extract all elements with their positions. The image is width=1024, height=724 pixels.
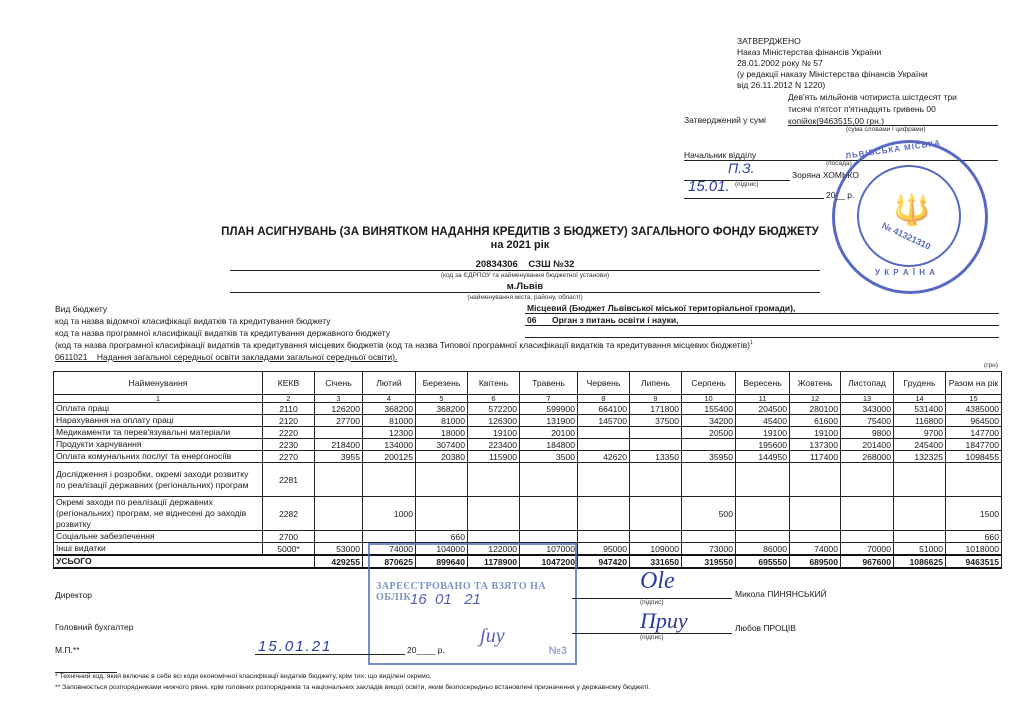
total-value: 9463515 [946, 555, 1002, 568]
table-row: Соціальне забезпечення2700660660 [54, 531, 1002, 543]
row-value: 184800 [520, 439, 578, 451]
total-label: УСЬОГО [54, 555, 315, 568]
institution-caption: (код за ЄДРПОУ та найменування бюджетної… [230, 272, 820, 279]
row-value: 27700 [315, 415, 363, 427]
column-header: Разом на рік [946, 372, 1002, 395]
row-value: 145700 [578, 415, 630, 427]
row-value [841, 497, 894, 531]
approver-position: Начальник відділу [684, 150, 756, 160]
footnote-1: * Технічний код, який включає в себе всі… [55, 673, 432, 680]
row-value [578, 427, 630, 439]
row-name: Продукти харчування [54, 439, 263, 451]
row-kekv-code: 2110 [263, 403, 315, 415]
row-value [894, 497, 946, 531]
approver-signature-caption: (підпис) [735, 181, 759, 188]
row-value: 531400 [894, 403, 946, 415]
row-value: 70000 [841, 543, 894, 556]
city-name: м.Львів [230, 281, 820, 292]
row-value: 500 [682, 497, 736, 531]
row-name: Нарахування на оплату праці [54, 415, 263, 427]
column-number: 1 [54, 395, 263, 403]
column-header: Травень [520, 372, 578, 395]
column-number: 14 [894, 395, 946, 403]
total-value: 967600 [841, 555, 894, 568]
row-value: 9700 [894, 427, 946, 439]
row-value [630, 427, 682, 439]
approval-line: (у редакції наказу Міністерства фінансів… [737, 69, 928, 80]
row-value [682, 463, 736, 497]
column-header: Березень [416, 372, 468, 395]
director-name: Микола ПИНЯНСЬКИЙ [735, 589, 827, 599]
row-value: 171800 [630, 403, 682, 415]
row-value: 218400 [315, 439, 363, 451]
row-value [468, 497, 520, 531]
row-value: 147700 [946, 427, 1002, 439]
row-value [416, 463, 468, 497]
official-round-stamp: ЛЬВІВСЬКА МІСЬКА У К Р А Ї Н А 🔱 № 41321… [832, 140, 988, 294]
row-value: 74000 [790, 543, 841, 556]
allocations-table: НайменуванняКЕКВСіченьЛютийБерезеньКвіте… [53, 371, 1002, 569]
director-signature-caption: (підпис) [640, 599, 664, 606]
column-number: 9 [630, 395, 682, 403]
row-value: 37500 [630, 415, 682, 427]
row-value: 3500 [520, 451, 578, 463]
column-header: Вересень [736, 372, 790, 395]
row-name: Соціальне забезпечення [54, 531, 263, 543]
row-value: 660 [416, 531, 468, 543]
total-value: 947420 [578, 555, 630, 568]
state-program-label: код та назва програмної класифікації вид… [55, 328, 390, 338]
row-value: 81000 [363, 415, 416, 427]
column-header: Найменування [54, 372, 263, 395]
row-value: 137300 [790, 439, 841, 451]
row-value [520, 463, 578, 497]
budget-type-value: Місцевий (Бюджет Львівської міської тери… [527, 303, 795, 313]
row-value: 3955 [315, 451, 363, 463]
department-code: 06 [527, 315, 536, 325]
row-value: 245400 [894, 439, 946, 451]
column-number: 5 [416, 395, 468, 403]
column-number: 15 [946, 395, 1002, 403]
row-value [682, 439, 736, 451]
row-name: Дослідження і розробки, окремі заходи ро… [54, 463, 263, 497]
total-value: 319550 [682, 555, 736, 568]
local-program-label: (код та назва програмної класифікації ви… [55, 340, 753, 350]
row-value: 126300 [468, 415, 520, 427]
row-value: 115900 [468, 451, 520, 463]
column-header: КЕКВ [263, 372, 315, 395]
row-kekv-code: 2230 [263, 439, 315, 451]
total-value: 429255 [315, 555, 363, 568]
row-value: 109000 [630, 543, 682, 556]
row-value [630, 439, 682, 451]
column-header: Липень [630, 372, 682, 395]
column-header: Січень [315, 372, 363, 395]
signing-year: 20____ р. [407, 645, 445, 655]
column-header: Листопад [841, 372, 894, 395]
row-value: 343000 [841, 403, 894, 415]
row-value [578, 531, 630, 543]
row-kekv-code: 2281 [263, 463, 315, 497]
row-value: 13350 [630, 451, 682, 463]
row-value [578, 439, 630, 451]
registrar-signature: ʃuy [480, 625, 505, 648]
department-classification-label: код та назва відомчої класифікації видат… [55, 316, 330, 326]
column-number: 8 [578, 395, 630, 403]
table-row: Окремі заходи по реалізації державних (р… [54, 497, 1002, 531]
row-value: 19100 [468, 427, 520, 439]
row-name: Окремі заходи по реалізації державних (р… [54, 497, 263, 531]
column-header: Лютий [363, 372, 416, 395]
column-number: 6 [468, 395, 520, 403]
registration-date: 16 01 21 [410, 591, 481, 608]
row-value: 19100 [736, 427, 790, 439]
row-value: 195600 [736, 439, 790, 451]
row-value: 1847700 [946, 439, 1002, 451]
column-header: Червень [578, 372, 630, 395]
column-header: Жовтень [790, 372, 841, 395]
row-value [416, 497, 468, 531]
row-value: 34200 [682, 415, 736, 427]
row-value: 51000 [894, 543, 946, 556]
chief-accountant-label: Головний бухгалтер [55, 622, 133, 632]
institution-name: 20834306 СЗШ №32 [230, 259, 820, 270]
row-value [841, 531, 894, 543]
row-value: 1000 [363, 497, 416, 531]
row-value: 117400 [790, 451, 841, 463]
row-kekv-code: 2220 [263, 427, 315, 439]
row-value: 42620 [578, 451, 630, 463]
approval-line: від 26.11.2012 N 1220) [737, 80, 928, 91]
approval-date-handwritten: 15.01. [688, 178, 730, 195]
column-number: 4 [363, 395, 416, 403]
amount-caption: (сума словами і цифрами) [846, 126, 926, 133]
row-value [363, 531, 416, 543]
row-value: 12300 [363, 427, 416, 439]
row-value [894, 531, 946, 543]
row-value: 664100 [578, 403, 630, 415]
total-value: 1086625 [894, 555, 946, 568]
director-signature: Ole [640, 568, 675, 595]
row-kekv-code: 5000* [263, 543, 315, 556]
approved-amount-words: Дев'ять мільйонів чотириста шістдесят тр… [788, 91, 957, 127]
row-value [578, 497, 630, 531]
column-number: 10 [682, 395, 736, 403]
column-number: 13 [841, 395, 894, 403]
total-value: 695550 [736, 555, 790, 568]
amount-words-line: Дев'ять мільйонів чотириста шістдесят тр… [788, 91, 957, 103]
table-row: Дослідження і розробки, окремі заходи ро… [54, 463, 1002, 497]
row-value: 61600 [790, 415, 841, 427]
approval-line: ЗАТВЕРДЖЕНО [737, 36, 928, 47]
column-header: Серпень [682, 372, 736, 395]
row-value: 86000 [736, 543, 790, 556]
table-row: Оплата праці2110126200368200368200572200… [54, 403, 1002, 415]
row-value: 73000 [682, 543, 736, 556]
registration-stamp: ЗАРЕЄСТРОВАНО ТА ВЗЯТО НА ОБЛІК 16 01 21… [368, 543, 577, 665]
director-label: Директор [55, 590, 92, 600]
row-value [736, 531, 790, 543]
row-value: 19100 [790, 427, 841, 439]
row-value: 307400 [416, 439, 468, 451]
column-number: 3 [315, 395, 363, 403]
row-value [315, 497, 363, 531]
column-number: 7 [520, 395, 578, 403]
row-value: 155400 [682, 403, 736, 415]
row-value: 144950 [736, 451, 790, 463]
row-kekv-code: 2270 [263, 451, 315, 463]
row-value: 126200 [315, 403, 363, 415]
table-row: Продукти харчування223021840013400030740… [54, 439, 1002, 451]
row-value: 134000 [363, 439, 416, 451]
row-kekv-code: 2120 [263, 415, 315, 427]
row-value: 53000 [315, 543, 363, 556]
row-value: 4385000 [946, 403, 1002, 415]
amount-words-line: тисячі п'ятсот п'ятнадцять гривень 00 [788, 103, 957, 115]
row-value [736, 497, 790, 531]
row-value: 1500 [946, 497, 1002, 531]
row-value: 18000 [416, 427, 468, 439]
row-value: 964500 [946, 415, 1002, 427]
column-number: 2 [263, 395, 315, 403]
approval-line: 28.01.2002 року № 57 [737, 58, 928, 69]
document-year: на 2021 рік [0, 239, 1024, 251]
row-kekv-code: 2282 [263, 497, 315, 531]
signing-date-handwritten: 15.01.21 [258, 638, 332, 655]
row-value: 204500 [736, 403, 790, 415]
row-value: 660 [946, 531, 1002, 543]
column-header: Квітень [468, 372, 520, 395]
row-value: 35950 [682, 451, 736, 463]
position-caption: (посада) [826, 160, 852, 167]
row-value [520, 531, 578, 543]
department-value: Орган з питань освіти і науки, [552, 315, 678, 325]
row-value [315, 427, 363, 439]
row-value: 599900 [520, 403, 578, 415]
total-value: 331650 [630, 555, 682, 568]
row-value: 20500 [682, 427, 736, 439]
seal-label: М.П.** [55, 645, 80, 655]
city-caption: (найменування міста, району, області) [230, 294, 820, 301]
row-value: 572200 [468, 403, 520, 415]
accountant-name: Любов ПРОЦІВ [735, 623, 796, 633]
row-value: 201400 [841, 439, 894, 451]
row-value: 81000 [416, 415, 468, 427]
row-value [520, 497, 578, 531]
table-row: Нарахування на оплату праці2120277008100… [54, 415, 1002, 427]
row-value: 368200 [416, 403, 468, 415]
row-value: 1098455 [946, 451, 1002, 463]
row-value: 132325 [894, 451, 946, 463]
approval-line: Наказ Міністерства фінансів України [737, 47, 928, 58]
row-value: 9800 [841, 427, 894, 439]
row-value: 116800 [894, 415, 946, 427]
program-code-name: 0611021 Надання загальної середньої осві… [55, 352, 397, 362]
table-row: Оплата комунальних послуг та енергоносії… [54, 451, 1002, 463]
row-value [578, 463, 630, 497]
row-value: 20380 [416, 451, 468, 463]
row-value: 75400 [841, 415, 894, 427]
row-name: Оплата праці [54, 403, 263, 415]
row-value: 1018000 [946, 543, 1002, 556]
approval-block: ЗАТВЕРДЖЕНО Наказ Міністерства фінансів … [737, 36, 928, 91]
row-value [946, 463, 1002, 497]
row-value [363, 463, 416, 497]
approved-amount-label: Затверджений у сумі [684, 115, 766, 125]
budget-type-label: Вид бюджету [55, 304, 107, 314]
row-value [315, 531, 363, 543]
row-value [894, 463, 946, 497]
row-value [790, 531, 841, 543]
coat-of-arms-icon: 🔱 [893, 193, 930, 228]
row-value [790, 497, 841, 531]
row-value [468, 463, 520, 497]
footnote-2: ** Заповнюється розпорядниками нижчого р… [55, 684, 650, 691]
row-name: Медикаменти та перев'язувальні матеріали [54, 427, 263, 439]
row-kekv-code: 2700 [263, 531, 315, 543]
row-name: Інші видатки [54, 543, 263, 556]
approver-initials-handwritten: П.З. [728, 160, 755, 176]
row-value [630, 463, 682, 497]
accountant-signature-caption: (підпис) [640, 634, 664, 641]
row-value: 45400 [736, 415, 790, 427]
row-name: Оплата комунальних послуг та енергоносії… [54, 451, 263, 463]
table-header-row: НайменуванняКЕКВСіченьЛютийБерезеньКвіте… [54, 372, 1002, 395]
column-number: 11 [736, 395, 790, 403]
column-number: 12 [790, 395, 841, 403]
row-value [630, 531, 682, 543]
row-value [682, 531, 736, 543]
row-value: 268000 [841, 451, 894, 463]
document-title: ПЛАН АСИГНУВАНЬ (ЗА ВИНЯТКОМ НАДАННЯ КРЕ… [0, 226, 1024, 238]
column-header: Грудень [894, 372, 946, 395]
currency-unit: (грн) [984, 362, 998, 369]
total-value: 689500 [790, 555, 841, 568]
row-value [736, 463, 790, 497]
row-value [468, 531, 520, 543]
column-number-row: 123456789101112131415 [54, 395, 1002, 403]
table-row: Медикаменти та перев'язувальні матеріали… [54, 427, 1002, 439]
row-value: 368200 [363, 403, 416, 415]
row-value [315, 463, 363, 497]
row-value [841, 463, 894, 497]
registration-number: №3 [549, 645, 567, 657]
row-value: 95000 [578, 543, 630, 556]
row-value: 280100 [790, 403, 841, 415]
row-value: 223400 [468, 439, 520, 451]
row-value: 20100 [520, 427, 578, 439]
row-value [630, 497, 682, 531]
row-value [790, 463, 841, 497]
row-value: 200125 [363, 451, 416, 463]
accountant-signature: Пpuy [640, 608, 688, 634]
row-value: 131900 [520, 415, 578, 427]
